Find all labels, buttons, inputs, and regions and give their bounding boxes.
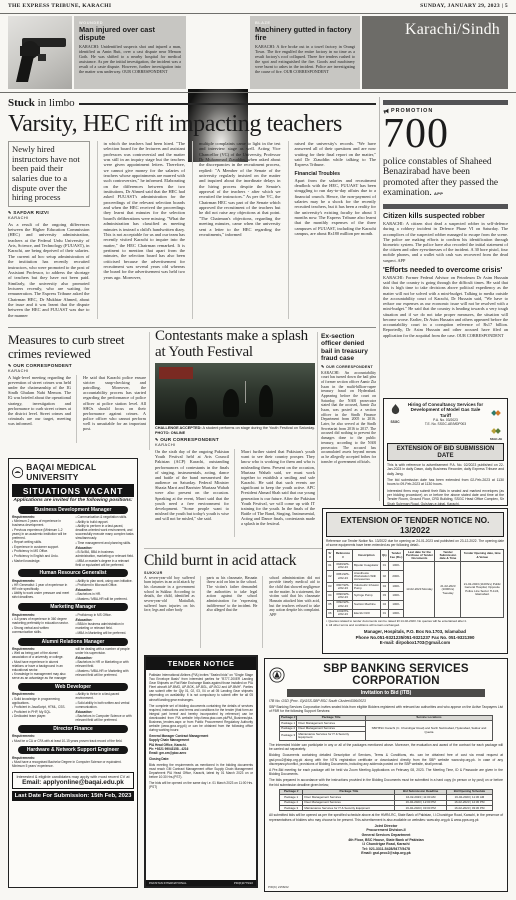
cell-opening: 21-02-2023 (1100hrs) Public General Hosp…: [461, 562, 504, 618]
photo-caption: CHALLENGE ACCEPTED: A student performs o…: [155, 426, 315, 435]
story-text: A seven-year-old boy suffered burn injur…: [144, 576, 195, 614]
sbp-paragraph: A Pre-Bid meeting for each package will …: [269, 768, 503, 776]
requirement-item: Proficient in Microsoft Office.: [76, 583, 135, 587]
education-item: Bachelors in Computer Science or with re…: [76, 714, 135, 722]
sbp-header: SBP BANKING SERVICES CORPORATION: [269, 663, 503, 687]
story-subhead: Financial Troubles: [295, 171, 377, 177]
position-block: Hardware & Network Support Engineer Requ…: [12, 746, 134, 769]
cell-fee: 1000-: [388, 592, 404, 601]
requirement-item: Must have a recognised Bachelor Degree i…: [12, 760, 134, 768]
col-header: Tender Fee (Rs.): [388, 550, 404, 562]
measures-columns: A high-level meeting regarding the preve…: [8, 375, 146, 443]
cell-ref: 1002/HS-2/22-23: [333, 609, 352, 618]
child-story: Child burnt in acid attack SUKKUR A seve…: [144, 553, 320, 648]
baqai-footer: Interested & eligible candidates may app…: [12, 772, 134, 789]
col-header: Sr #: [327, 550, 334, 562]
requirement-item: Proficient in JavaScript, HTML, CSS.: [12, 705, 71, 709]
cell-fee: 1000-: [388, 583, 404, 592]
story-text: KARACHI: An accountability court has tur…: [321, 371, 376, 501]
issue-date: SUNDAY, JANUARY 29, 2023 | 5: [420, 3, 508, 9]
story-text: A high-level meeting regarding the preve…: [8, 375, 71, 427]
position-block: Human Resource Generalist Requirements: …: [12, 569, 134, 601]
cell-qty: 02: [380, 571, 388, 583]
story-text: parts as his classmate, Hasnain threw ac…: [207, 576, 258, 614]
education-item: B.Sc/BA, BBA in business administration,…: [76, 550, 135, 558]
apply-email: Email: applyonline@baqai.edu.pk: [15, 779, 132, 786]
position-details: Requirements: 4-5 years of experience in…: [12, 613, 134, 635]
story-text: As a result of the ongoing differences b…: [8, 222, 90, 318]
position-block: Web Developer Requirements: Solid knowle…: [12, 683, 134, 722]
education-list: Bachelors in HR or Marketing or with rel…: [76, 660, 135, 677]
rail-brief-crisis: 'Efforts needed to overcome crisis' KARA…: [383, 266, 508, 338]
position-title: Human Resource Generalist: [18, 569, 128, 577]
ad-title: Hiring of Consultancy Services for Devel…: [406, 402, 485, 418]
column-rule: [149, 332, 150, 450]
requirement-item: Must have experience in alumni relations…: [12, 660, 71, 672]
cell-ref: 0951/WS-2/22-23: [333, 571, 352, 583]
cell-deadline: 16-02-2023 | 03:00 PM: [395, 806, 446, 811]
invitation-bar: Invitation to Bid (ITB): [287, 689, 485, 697]
gun-photo: [8, 16, 72, 89]
pia-footer-bar: PAKISTAN INTERNATIONAL PID(K)0779/22: [146, 880, 256, 886]
main-story-columns: Newly hired instructors have not been pa…: [8, 141, 376, 319]
education-item: MBA in Marketing will be preferred.: [76, 631, 135, 635]
requirements-label: Requirements:: [12, 756, 35, 760]
requirement-item: Solid knowledge in programming applicati…: [12, 697, 71, 705]
cell-desc: Volumetric Infusion Pump: [353, 583, 381, 592]
cell-fee: 1000-: [388, 609, 404, 618]
requirement-item: Previous experience (Minimum 1-2 years) …: [12, 528, 71, 540]
strip-rule: [0, 92, 516, 93]
brief-wounded: WOUNDED Man injured over cast dispute KA…: [74, 16, 186, 89]
story-text: multiple complaints came to light in the…: [199, 141, 281, 237]
cell-opening: 16-02-2023 | 03:30 PM: [446, 806, 492, 811]
requirement-item: 4-5 years of experience in 360 degree ma…: [12, 617, 71, 625]
requirement-item: Proficient in PHP, My SQL.: [12, 710, 71, 714]
sbp-paragraph: SBP Banking Services Corporation invites…: [269, 705, 503, 713]
kicker-rule: [79, 103, 376, 105]
baqai-logo: [12, 466, 23, 479]
ssgc-ad-header: SSGC Hiring of Consultancy Services for …: [387, 402, 504, 441]
cell-fee: 2000-: [388, 571, 404, 583]
story-text: raised the university's records. "We hav…: [295, 141, 377, 168]
brief-title: Citizen kills suspected robber: [383, 212, 508, 220]
child-headline: Child burnt in acid attack: [144, 553, 320, 569]
requirement-item: Must be a CA or CFA with at least 10-15 …: [12, 739, 134, 743]
sbp-seal-icon: [269, 667, 285, 683]
cell-ref: 0949/WS-2/22-23: [333, 562, 352, 571]
story-column-3: multiple complaints came to light in the…: [192, 141, 281, 319]
paper-name: THE EXPRESS TRIBUNE, KARACHI: [8, 3, 111, 9]
rail-divider: [379, 97, 380, 501]
promotion-block: PROMOTION 700 police constables of Shahe…: [383, 108, 508, 199]
ad-ref-te: T.E. No. SSGC-AE/MDP003: [406, 422, 485, 426]
tender-paragraph: Pakistan International Airlines (PIA) in…: [149, 673, 253, 702]
sbp-paragraph: The bids prepared in accordance with the…: [269, 778, 503, 786]
story-text: in which the teachers had been hired. "T…: [104, 141, 186, 280]
ext-tender-table: Sr # Reference # Description Qty Tender …: [326, 549, 504, 618]
stage-banner: [159, 367, 193, 379]
main-story: Stuck in limbo Varsity, HEC rift impacti…: [8, 97, 376, 319]
requirement-item: Well as being part of the alumni associa…: [12, 651, 71, 659]
cell-desc: Anesthesia Workstation With Accessories: [353, 571, 381, 583]
dateline: KARACHI: [155, 442, 315, 447]
education-item: Masters / MBA-HR will be preferred.: [76, 597, 135, 601]
education-item: Bachelors in HR or Marketing or with rel…: [76, 660, 135, 668]
position-title: Alumni Relations Manager: [18, 638, 128, 646]
page-header: THE EXPRESS TRIBUNE, KARACHI SUNDAY, JAN…: [8, 3, 508, 9]
pia-logo: PAKISTAN INTERNATIONAL: [149, 881, 187, 885]
measures-story: Measures to curb street crimes reviewed …: [8, 333, 146, 443]
story-column-1: On the sixth day of the ongoing Pakistan…: [155, 449, 229, 537]
last-date-bar: Last Date For Submission: 15th Feb, 2023: [12, 791, 134, 801]
byline: ✎ OUR CORRESPONDENT KARACHI: [8, 363, 146, 373]
education-item: Bachelors in HR.: [76, 592, 135, 596]
pinwheel-icon: [495, 410, 501, 416]
story-column-1: A high-level meeting regarding the preve…: [8, 375, 71, 443]
baqai-header: BAQAI MEDICAL UNIVERSITY: [12, 462, 134, 482]
education-item: MBA or master's degree in a relevant fie…: [76, 559, 135, 567]
performer-silhouette: [223, 389, 239, 417]
requirements-label: Requirements:: [12, 734, 35, 738]
promotion-number: 700: [383, 115, 508, 155]
tender-notice-title: TENDER NOTICE: [146, 657, 256, 670]
education-list: B.Sc/BA, BBA in business administration,…: [76, 550, 135, 567]
requirement-item: Ability to plan work, using own initiati…: [76, 579, 135, 583]
section-title: Karachi/Sindh: [370, 21, 500, 39]
story-text: Marri further stated that Pakistan's you…: [241, 449, 315, 526]
tender-paragraph: The bids will be opened on the same day …: [149, 781, 253, 789]
position-block: Alumni Relations Manager Requirements: W…: [12, 638, 134, 681]
position-details: Requirements: Well as being part of the …: [12, 647, 134, 680]
cell-sr: 01: [327, 562, 334, 571]
education-item: BBA in business administration in market…: [76, 622, 135, 630]
story-deck: Newly hired instructors have not been pa…: [8, 141, 90, 207]
brief-title: 'Efforts needed to overcome crisis': [383, 266, 508, 274]
cell-qty: 04: [380, 583, 388, 592]
ssgc-ad: SSGC Hiring of Consultancy Services for …: [383, 398, 508, 506]
signoff-block: Joint DirectorProcurement Division-IIGen…: [269, 824, 503, 856]
child-columns: A seven-year-old boy suffered burn injur…: [144, 576, 320, 648]
byline: ✎ SAFDAR RIZVI KARACHI: [8, 210, 90, 220]
requirement-item: Proficiency in MS Office.: [12, 549, 71, 553]
requirement-item: Market knowledge.: [12, 559, 71, 563]
cell-last-date: 13-02-2023 Monday: [404, 562, 435, 618]
caption-lead: CHALLENGE ACCEPTED:: [155, 426, 202, 430]
cell-sr: 05: [327, 600, 334, 609]
position-details: Requirements: Must have a recognised Bac…: [12, 756, 134, 769]
requirement-item: Time management and planning skills.: [76, 541, 135, 545]
col-header: Tender Opening date, time & Venue: [461, 550, 504, 562]
sbp-paragraph: The interested bidder can participate in…: [269, 743, 503, 751]
cell-qty: 03: [380, 592, 388, 601]
cell-ref: 0992/WS-2/22-23: [333, 600, 352, 609]
cell-desc: Suction Machine: [353, 600, 381, 609]
youth-festival-story: Contestants make a splash at Youth Festi…: [155, 329, 315, 537]
cell-submission: 21-02-2023 (1000hrs) Tuesday: [435, 562, 461, 618]
brief-title: Machinery gutted in factory fire: [255, 26, 355, 42]
table-header-row: Sr # Reference # Description Qty Tender …: [327, 550, 504, 562]
cell-package: Package 3: [280, 732, 297, 741]
tender-paragraph: The complete set of bidding documents co…: [149, 704, 253, 733]
pinwheel-icon: [495, 428, 501, 434]
cell-sr: 02: [327, 571, 334, 583]
sbp-ad: SBP BANKING SERVICES CORPORATION Invitat…: [264, 658, 508, 892]
story-column-3: school administration did not provide ti…: [262, 576, 320, 648]
contact-block: General Manager Contract ManagementSuppl…: [149, 734, 253, 754]
youth-festival-photo: [155, 363, 315, 425]
rail-brief-citizen: Citizen kills suspected robber KARACHI: …: [383, 212, 508, 263]
caption-text: A student performs on stage during the Y…: [202, 426, 315, 430]
cell-desc: Electric Drill: [353, 609, 381, 618]
author-name: OUR CORRESPONDENT: [326, 365, 373, 369]
position-title: Web Developer: [18, 683, 128, 691]
story-column-2: in which the teachers had been hired. "T…: [97, 141, 186, 319]
requirement-item: Proficiency in English and Urdu.: [12, 554, 71, 558]
closing-date-label: Closing Date:: [149, 757, 253, 761]
education-list: Bachelors in HR.Masters / MBA-HR will be…: [76, 592, 135, 601]
ad-paragraph: Interested firms may submit their Bids i…: [387, 489, 504, 506]
story-text: On the sixth day of the ongoing Pakistan…: [155, 449, 229, 521]
story-text: school administration did not provide ti…: [269, 576, 320, 618]
pid-number: PID(K) 2158/22: [268, 885, 289, 889]
dateline: KARACHI: [8, 368, 146, 373]
sbp-paragraph: All submitted bids will be opened as per…: [269, 813, 503, 821]
requirement-item: HR Generalist: 1 year of experience in H…: [12, 583, 71, 591]
position-title: Director Finance: [18, 725, 128, 733]
kicker-bold: Stuck: [8, 97, 35, 109]
col-header: Reference #: [333, 550, 352, 562]
ad-paragraph: The bid submission date has been extende…: [387, 478, 504, 487]
requirement-item: Proficiency in MS Office.: [76, 613, 135, 617]
position-title: Hardware & Network Support Engineer: [18, 746, 128, 754]
youth-columns: On the sixth day of the ongoing Pakistan…: [155, 449, 315, 537]
cell-package: Package 3: [280, 806, 303, 811]
university-name: BAQAI MEDICAL UNIVERSITY: [26, 462, 134, 482]
requirement-item: Report writing skills.: [12, 540, 71, 544]
education-list: BBA in business administration in market…: [76, 622, 135, 635]
ssgc-ae-text: SSGC-AE: [488, 438, 504, 441]
column-rule: [317, 332, 318, 500]
pen-icon: ✎: [321, 364, 325, 369]
brief-title: Man injured over cast dispute: [79, 26, 181, 42]
baqai-ad: BAQAI MEDICAL UNIVERSITY SITUATIONS VACA…: [8, 458, 138, 888]
position-details: Requirements: Must be a CA or CFA with a…: [12, 734, 134, 743]
ad-paragraph: This is with reference to advertisement …: [387, 463, 504, 476]
story-text: He said that Karachi police ensure stric…: [83, 375, 146, 432]
ssgc-logo: SSGC: [387, 402, 403, 424]
cell-sr: 06: [327, 609, 334, 618]
table-row: 01 0949/WS-2/22-23 Bipolar Coagulator 01…: [327, 562, 504, 571]
brief-body: KARACHI: Former Federal Advisor on Petro…: [383, 275, 508, 338]
cell-locations: SBP BSC Karachi (I.I. Chundrigar Road) a…: [365, 721, 492, 741]
treasury-story: Ex-section officer denied bail in treasu…: [321, 333, 376, 501]
position-details: Requirements: Solid knowledge in program…: [12, 692, 134, 722]
tender-body: Pakistan International Airlines (PIA) in…: [146, 670, 256, 880]
signoff-line: Email: gsd.proc2@sbp.org.pk: [269, 851, 503, 856]
requirements-list: Must have a recognised Bachelor Degree i…: [12, 760, 134, 768]
requirement-item: Experience in customer support.: [12, 545, 71, 549]
notes-block: i. Queries related to tender documents c…: [326, 620, 504, 628]
col-header: Qty: [380, 550, 388, 562]
ext-tender-title: EXTENSION OF TENDER NOTICE NO. 13/2022: [326, 512, 504, 537]
requirement-item: Dedicated team player.: [12, 714, 71, 718]
measures-headline: Measures to curb street crimes reviewed: [8, 333, 146, 361]
requirements-list: Must be a CA or CFA with at least 10-15 …: [12, 739, 134, 743]
story-column-2: Marri further stated that Pakistan's you…: [234, 449, 315, 537]
requirement-item: Ability to work under pressure and meet …: [12, 591, 71, 599]
pid-number: PID(K)0779/22: [234, 881, 253, 885]
brief-body: KARACHI: A fire broke out in a towel fac…: [255, 44, 355, 74]
photo-credit: PHOTO: ONLINE: [155, 431, 185, 435]
story-column-2: He said that Karachi police ensure stric…: [76, 375, 146, 443]
cell-sr: 04: [327, 592, 334, 601]
col-header: Description: [353, 550, 381, 562]
section-masthead: Karachi/Sindh: [362, 16, 508, 89]
schedule-table: Package # Package Title Bid Submission D…: [279, 789, 493, 812]
ad-heading: EXTENSION OF BID SUBMISSION DATE: [387, 443, 504, 461]
treasury-headline: Ex-section officer denied bail in treasu…: [321, 333, 376, 363]
agency-credit: APP: [434, 191, 443, 196]
story-column-1: A seven-year-old boy suffered burn injur…: [144, 576, 195, 648]
cell-qty: 01: [380, 609, 388, 618]
brief-blaze: BLAZE Machinery gutted in factory fire K…: [250, 16, 360, 89]
ssgc-logo-text: SSGC: [387, 420, 403, 424]
education-list: Bachelors in Computer Science or with re…: [76, 714, 135, 722]
cell-desc: Bipolar Coagulator: [353, 562, 381, 571]
cell-sr: 03: [327, 583, 334, 592]
tender-paragraph: Bids meeting the requirements as mention…: [149, 763, 253, 779]
ext-tender-intro: Reference our Tender Notice No. 13/2022 …: [326, 539, 504, 547]
situations-vacant-banner: SITUATIONS VACANT: [12, 484, 134, 497]
brief-body: KARACHI: A citizen shot dead a suspected…: [383, 221, 508, 263]
requirement-item: Solid ability in both written and verbal…: [76, 701, 135, 709]
performer-silhouette: [259, 385, 273, 417]
position-title: Business Development Manager: [18, 506, 128, 514]
performer-silhouette: [185, 397, 197, 419]
story-column-4: raised the university's records. "We hav…: [288, 141, 377, 319]
main-headline: Varsity, HEC rift impacting teachers: [8, 112, 376, 136]
position-block: Business Development Manager Requirement…: [12, 506, 134, 567]
cell-qty: 01: [380, 562, 388, 571]
ssgc-title-block: Hiring of Consultancy Services for Devel…: [406, 402, 485, 426]
story-text: Apart from the salaries and recruitment …: [295, 178, 377, 237]
flame-icon: [390, 404, 401, 415]
byline: ✎ OUR CORRESPONDENT KARACHI: [155, 437, 315, 447]
itb-reference: ITB No. GSD (Proc. I3)/GSS-SBP BSC South…: [269, 699, 503, 703]
cell-ref: 0907/WS-2/22-23: [333, 583, 352, 592]
position-details: Requirements: Minimum 2 years of experie…: [12, 515, 134, 567]
cell-qty: 04: [380, 600, 388, 609]
cell-title: Maintenance Services for IT & Security E…: [303, 806, 395, 811]
table-row: Package 3Maintenance Services for IT & S…: [280, 806, 493, 811]
section-bar: [383, 100, 508, 105]
main-kicker: Stuck in limbo: [8, 97, 376, 109]
dateline: SUKKUR: [144, 571, 320, 575]
position-details: Requirements: HR Generalist: 1 year of e…: [12, 579, 134, 601]
right-rail: PROMOTION 700 police constables of Shahe…: [383, 97, 508, 395]
footer-line: E-mail: dirpobox1703@gmail.com: [326, 640, 504, 646]
ext-footer: Manager, Hospitals, P.O. Box No.1703, Is…: [326, 629, 504, 646]
story-column-1: Newly hired instructors have not been pa…: [8, 141, 90, 319]
note-line: ii. All other terms and conditions will …: [326, 624, 504, 628]
header-rule: [0, 13, 516, 14]
requirement-item: Ability to thrive in a fast-paced enviro…: [76, 692, 135, 700]
col-header: Last date for the Purchase of Tender Doc…: [404, 550, 435, 562]
requirement-item: Ability to perform in a fast-paced, dead…: [76, 524, 135, 540]
packages-table: Package # Package Title Service Location…: [279, 715, 493, 741]
cell-desc: Syringe Pump: [353, 592, 381, 601]
position-block: Director Finance Requirements: Must be a…: [12, 725, 134, 744]
newspaper-page: THE EXPRESS TRIBUNE, KARACHI SUNDAY, JAN…: [0, 0, 516, 900]
revolver-illustration: [8, 16, 72, 89]
brief-body: KARACHI: Unidentified suspects shot and …: [79, 44, 181, 74]
requirement-item: Ability to build rapport.: [76, 520, 135, 524]
sbp-org-name: SBP BANKING SERVICES CORPORATION: [289, 663, 503, 687]
requirement-item: Minimum 2 years of experience in busines…: [12, 519, 71, 527]
story-column-2: parts as his classmate, Hasnain threw ac…: [200, 576, 258, 648]
promotion-text: police constables of Shaheed Benazirabad…: [383, 157, 508, 199]
cell-fee: 1000-: [388, 600, 404, 609]
youth-headline: Contestants make a splash at Youth Festi…: [155, 329, 315, 361]
requirement-item: Communication & negotiation skills.: [76, 515, 135, 519]
position-block: Marketing Manager Requirements: 4-5 year…: [12, 603, 134, 635]
pia-tender-ad: TENDER NOTICE Pakistan International Air…: [144, 655, 258, 888]
section-bar: [383, 204, 508, 209]
contact-line: Email: gm.cm@piac.aero: [149, 751, 253, 755]
ssgc-ae-mark: SSGC-AE: [488, 402, 504, 441]
ext-tender-ad: EXTENSION OF TENDER NOTICE NO. 13/2022 R…: [322, 508, 508, 654]
cell-fee: 1000-: [388, 562, 404, 571]
kicker-rest: in limbo: [35, 97, 75, 109]
col-header: Tender Submission date & Time: [435, 550, 461, 562]
ad-intro: Applications are invited for the followi…: [12, 498, 134, 503]
cell-title: Maintenance Services for IT & Security E…: [297, 732, 366, 741]
sbp-paragraph: Bidding Documents containing detailed De…: [269, 753, 503, 766]
byline: ✎ OUR CORRESPONDENT: [321, 364, 376, 369]
dateline: KARACHI: [8, 215, 90, 220]
mic-stand: [245, 381, 246, 403]
cell-ref: 0990/WS-2/22-23: [333, 592, 352, 601]
position-title: Marketing Manager: [18, 603, 128, 611]
education-item: Masters / MBA-HR or Marketing with relev…: [76, 669, 135, 677]
requirement-item: Strong verbal and written communication …: [12, 626, 71, 634]
